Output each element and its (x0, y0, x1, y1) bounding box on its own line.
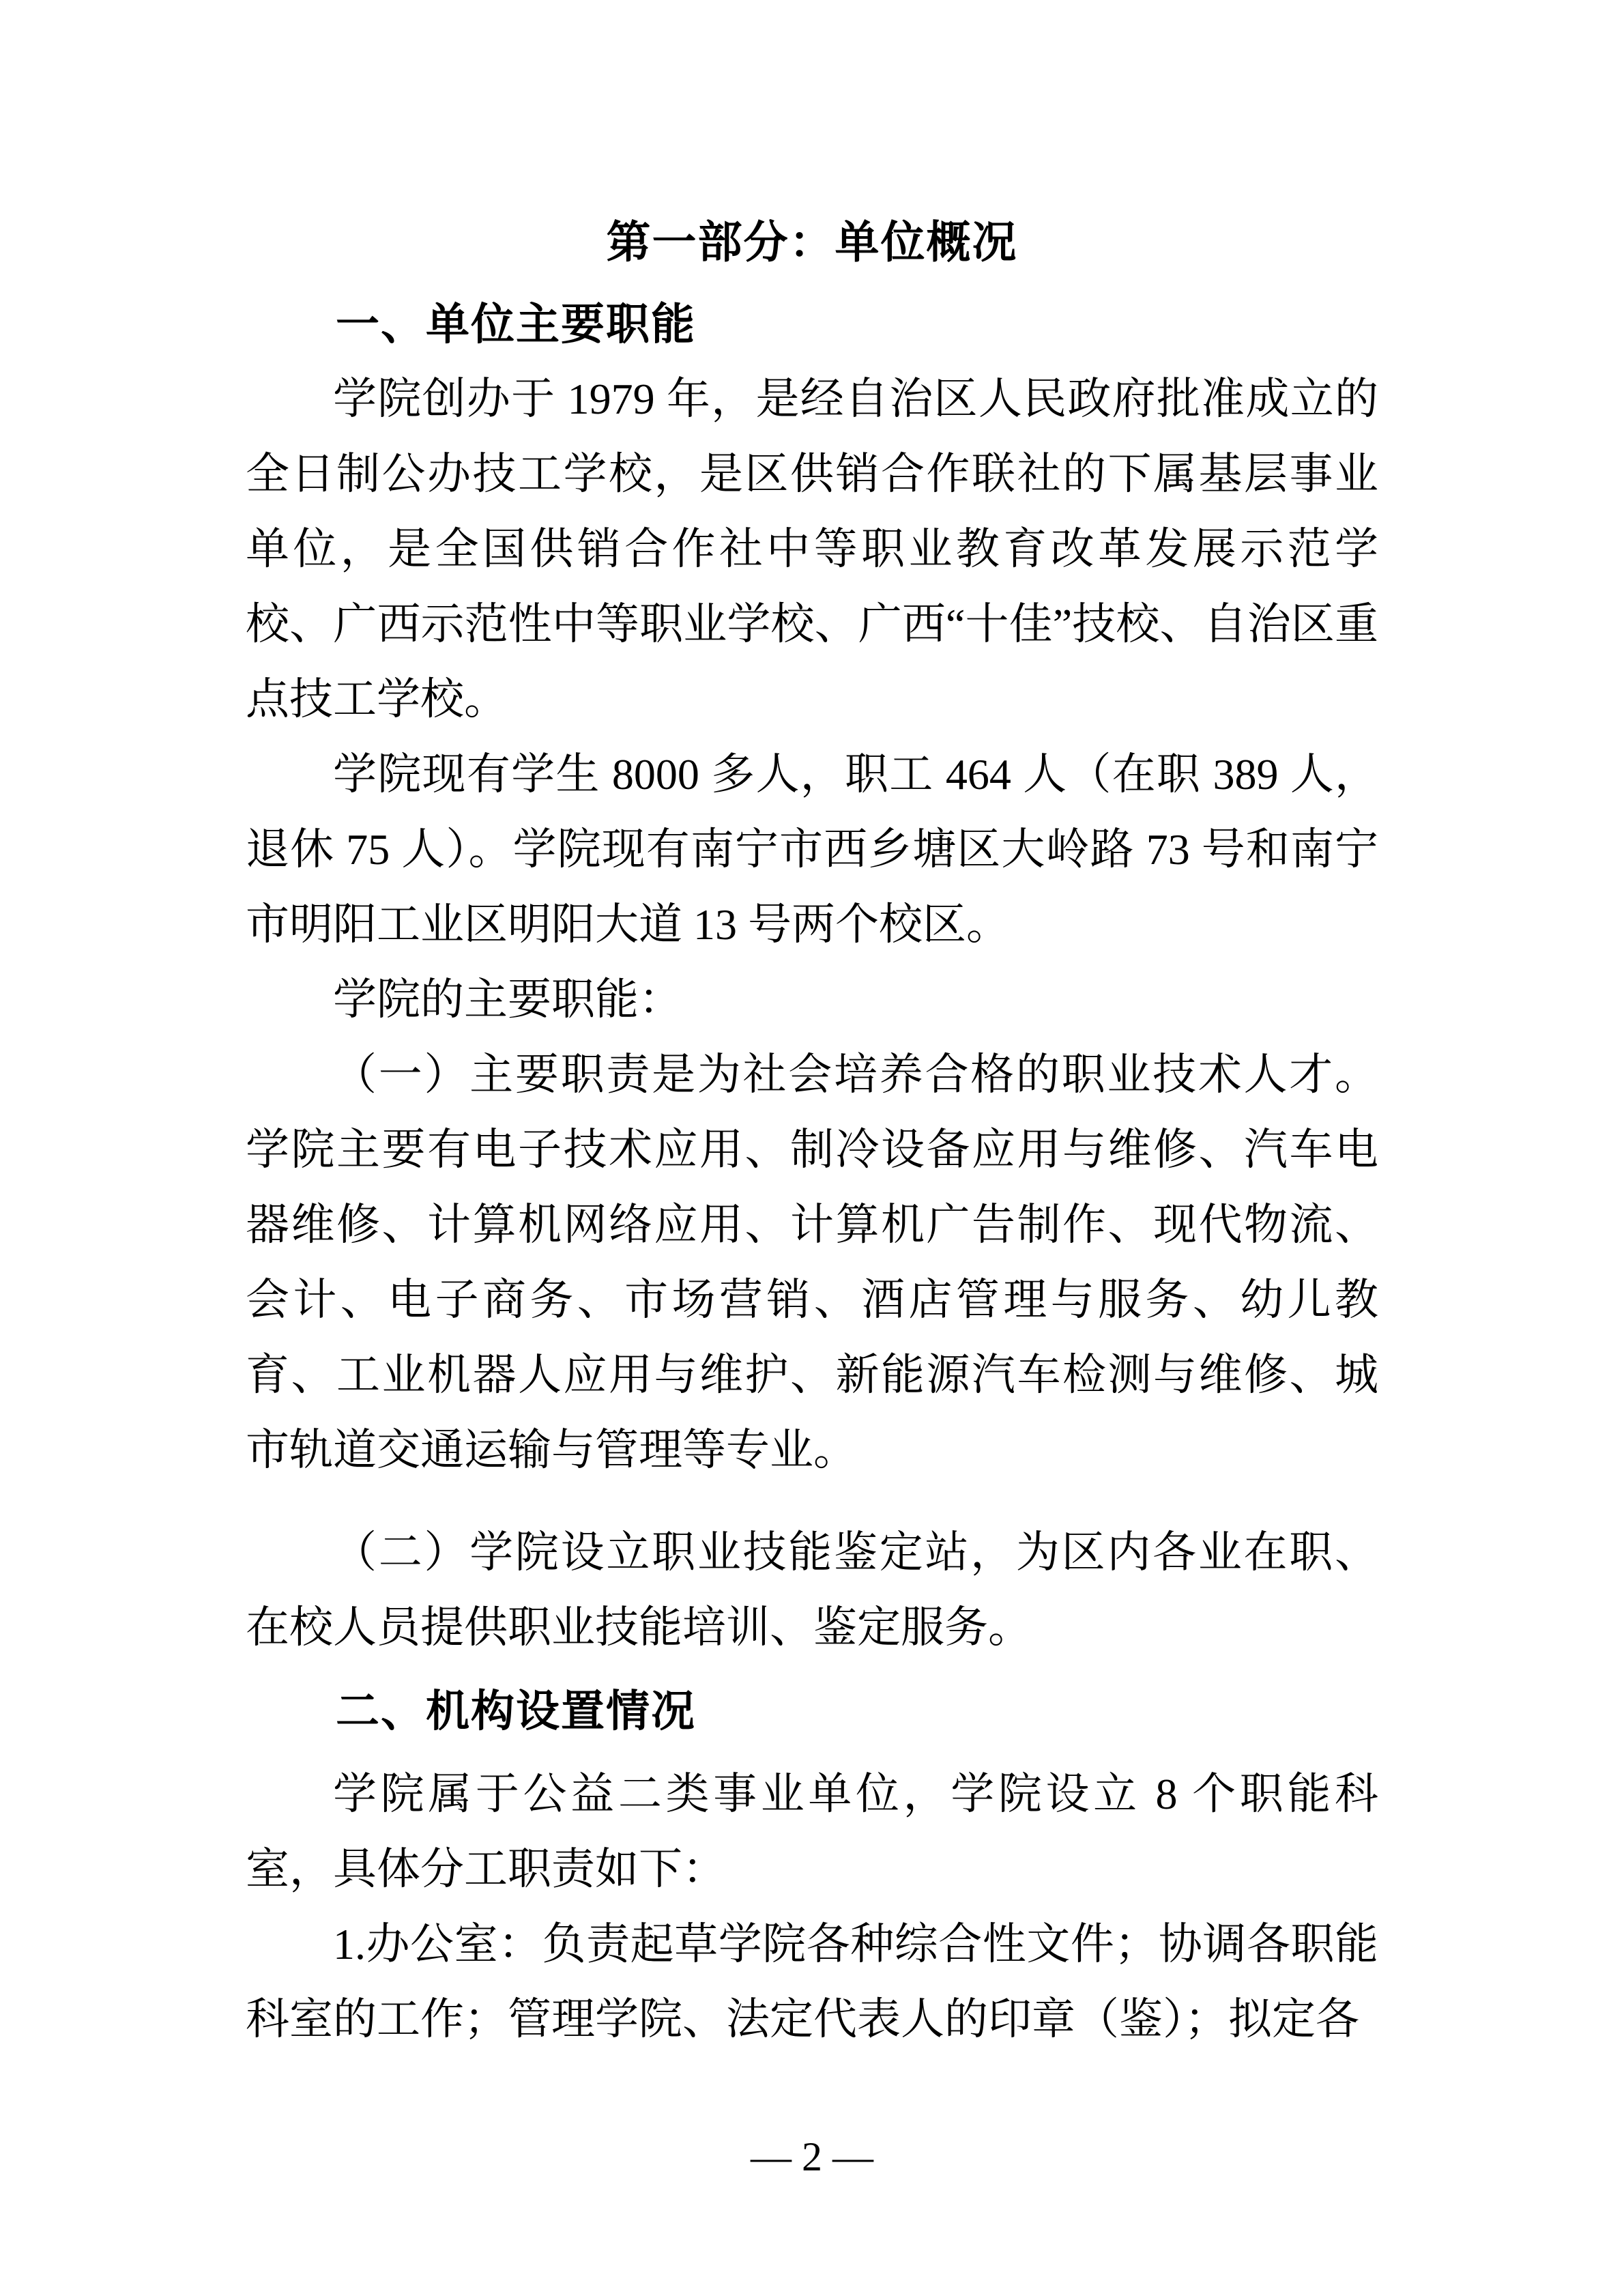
page-number: — 2 — (0, 2119, 1624, 2194)
section-1-paragraph-2: 学院现有学生 8000 多人，职工 464 人（在职 389 人，退休 75 人… (246, 737, 1378, 962)
section-1-heading: 一、单位主要职能 (246, 287, 1378, 362)
section-1-paragraph-5: （二）学院设立职业技能鉴定站，为区内各业在职、在校人员提供职业技能培训、鉴定服务… (246, 1515, 1378, 1665)
section-2-paragraph-1: 学院属于公益二类事业单位，学院设立 8 个职能科室，具体分工职责如下： (246, 1757, 1378, 1907)
section-2-paragraph-2: 1.办公室：负责起草学院各种综合性文件；协调各职能科室的工作；管理学院、法定代表… (246, 1907, 1378, 2057)
section-1-paragraph-3: 学院的主要职能： (246, 962, 1378, 1037)
document-title: 第一部分：单位概况 (246, 205, 1378, 280)
section-1-paragraph-4: （一）主要职责是为社会培养合格的职业技术人才。学院主要有电子技术应用、制冷设备应… (246, 1037, 1378, 1488)
section-1-paragraph-1: 学院创办于 1979 年，是经自治区人民政府批准成立的全日制公办技工学校，是区供… (246, 362, 1378, 737)
section-2-heading: 二、机构设置情况 (246, 1674, 1378, 1749)
document-page: 第一部分：单位概况 一、单位主要职能 学院创办于 1979 年，是经自治区人民政… (0, 0, 1624, 2296)
